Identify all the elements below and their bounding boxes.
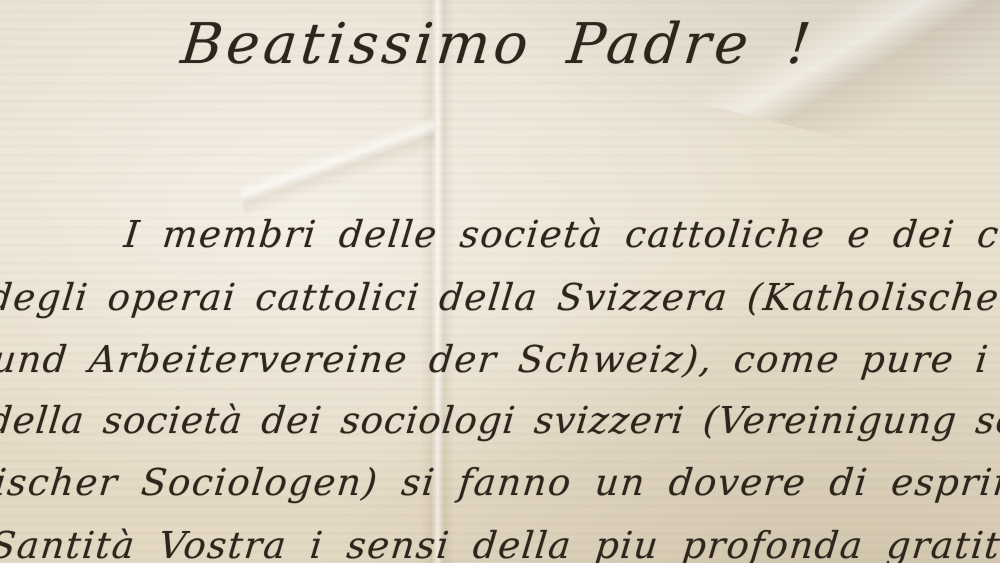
mid-crease-mark	[233, 105, 444, 222]
letter-line: I membri delle società cattoliche e dei …	[122, 213, 1000, 256]
letter-line: ischer Sociologen) si fanno un dovere di…	[0, 461, 1000, 504]
letter-line: degli operai cattolici della Svizzera (K…	[0, 276, 1000, 319]
letter-salutation: Beatissimo Padre !	[178, 12, 818, 77]
letter-photo: Beatissimo Padre ! I membri delle societ…	[0, 0, 1000, 563]
letter-line: della società dei sociologi svizzeri (Ve…	[0, 399, 1000, 442]
letter-line: und Arbeitervereine der Schweiz), come p…	[0, 338, 1000, 381]
letter-line: Santità Vostra i sensi della piu profond…	[0, 524, 1000, 563]
